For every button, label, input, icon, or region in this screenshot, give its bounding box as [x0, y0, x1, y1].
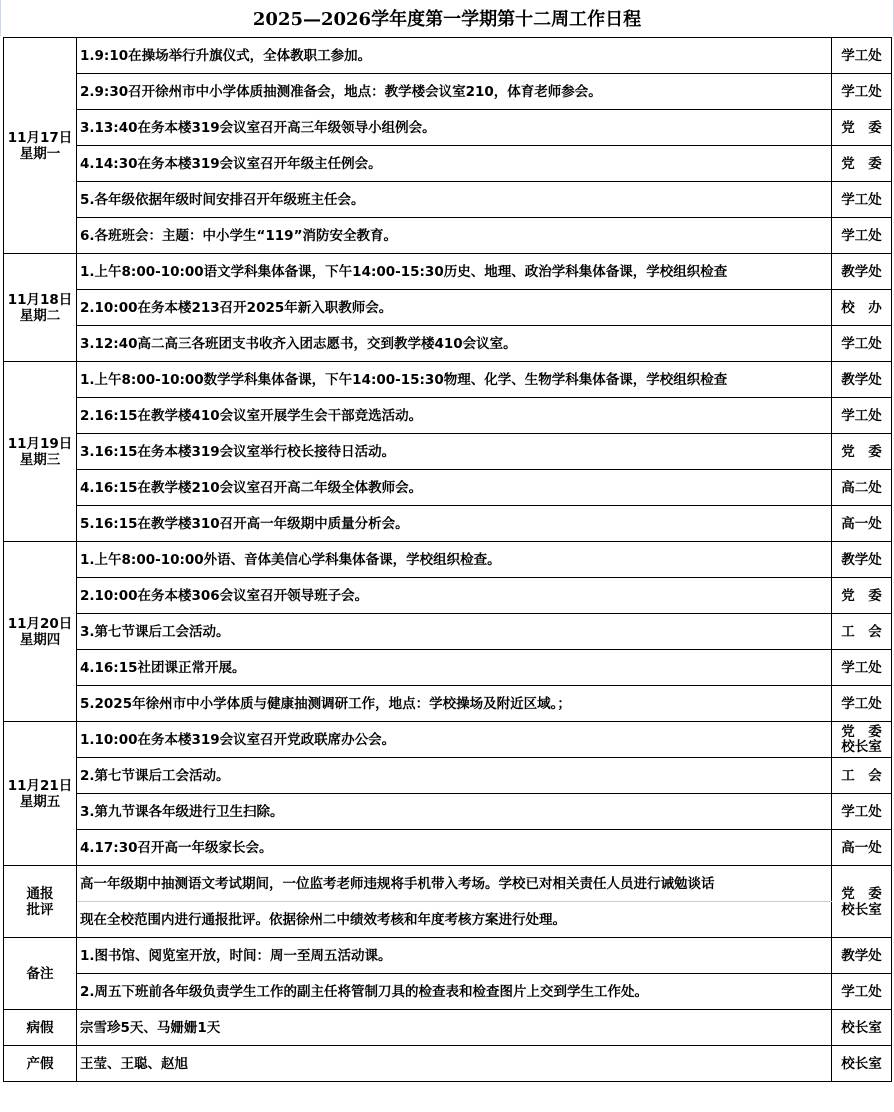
day-date: 11月21日 — [7, 778, 73, 794]
dept-cell: 学工处 — [832, 398, 892, 434]
day-cell-mon: 11月17日 星期一 — [4, 38, 77, 254]
day-date: 11月19日 — [7, 436, 73, 452]
schedule-item: 1.上午8:00-10:00外语、音体美信心学科集体备课，学校组织检查。 — [77, 542, 832, 578]
dept-cell: 学工处 — [832, 974, 892, 1010]
table-row: 2.第七节课后工会活动。 工 会 — [4, 758, 892, 794]
day-weekday: 星期三 — [7, 452, 73, 468]
dept-cell: 教学处 — [832, 542, 892, 578]
dept-cell: 教学处 — [832, 362, 892, 398]
dept-line: 校长室 — [835, 902, 888, 918]
schedule-item: 5.16:15在教学楼310召开高一年级期中质量分析会。 — [77, 506, 832, 542]
schedule-item: 3.13:40在务本楼319会议室召开高三年级领导小组例会。 — [77, 110, 832, 146]
notice-label-cell: 通报 批评 — [4, 866, 77, 938]
dept-cell: 学工处 — [832, 182, 892, 218]
day-weekday: 星期二 — [7, 308, 73, 324]
table-row: 2.周五下班前各年级负责学生工作的副主任将管制刀具的检查表和检查图片上交到学生工… — [4, 974, 892, 1010]
dept-cell: 学工处 — [832, 650, 892, 686]
schedule-item: 5.各年级依据年级时间安排召开年级班主任会。 — [77, 182, 832, 218]
dept-cell: 学工处 — [832, 794, 892, 830]
dept-line: 党 委 — [835, 725, 888, 740]
table-row: 3.第九节课各年级进行卫生扫除。 学工处 — [4, 794, 892, 830]
schedule-item: 4.17:30召开高一年级家长会。 — [77, 830, 832, 866]
dept-line: 校长室 — [835, 740, 888, 755]
day-date: 11月18日 — [7, 292, 73, 308]
day-cell-wed: 11月19日 星期三 — [4, 362, 77, 542]
day-weekday: 星期五 — [7, 794, 73, 810]
dept-cell: 党 委 — [832, 434, 892, 470]
sick-leave-text: 宗雪珍5天、马姗姗1天 — [77, 1010, 832, 1046]
day-cell-thu: 11月20日 星期四 — [4, 542, 77, 722]
table-row: 通报 批评 高一年级期中抽测语文考试期间，一位监考老师违规将手机带入考场。学校已… — [4, 866, 892, 902]
table-row: 11月20日 星期四 1.上午8:00-10:00外语、音体美信心学科集体备课，… — [4, 542, 892, 578]
schedule-item: 2.16:15在教学楼410会议室开展学生会干部竞选活动。 — [77, 398, 832, 434]
notice-text: 现在全校范围内进行通报批评。依据徐州二中绩效考核和年度考核方案进行处理。 — [77, 902, 832, 938]
table-row: 现在全校范围内进行通报批评。依据徐州二中绩效考核和年度考核方案进行处理。 — [4, 902, 892, 938]
dept-cell: 工 会 — [832, 758, 892, 794]
table-row: 6.各班班会：主题：中小学生“119”消防安全教育。 学工处 — [4, 218, 892, 254]
maternity-leave-label: 产假 — [4, 1046, 77, 1082]
schedule-item: 1.10:00在务本楼319会议室召开党政联席办公会。 — [77, 722, 832, 758]
dept-cell: 校长室 — [832, 1010, 892, 1046]
notice-label: 通报 — [7, 886, 73, 902]
dept-cell: 党 委 校长室 — [832, 722, 892, 758]
table-row: 5.16:15在教学楼310召开高一年级期中质量分析会。 高一处 — [4, 506, 892, 542]
dept-cell: 高一处 — [832, 506, 892, 542]
schedule-item: 2.第七节课后工会活动。 — [77, 758, 832, 794]
dept-cell: 学工处 — [832, 74, 892, 110]
schedule-item: 4.16:15社团课正常开展。 — [77, 650, 832, 686]
schedule-item: 3.第七节课后工会活动。 — [77, 614, 832, 650]
remarks-label: 备注 — [4, 938, 77, 1010]
dept-cell: 高二处 — [832, 470, 892, 506]
table-row: 11月18日 星期二 1.上午8:00-10:00语文学科集体备课，下午14:0… — [4, 254, 892, 290]
dept-cell: 校 办 — [832, 290, 892, 326]
dept-cell: 高一处 — [832, 830, 892, 866]
dept-cell: 学工处 — [832, 326, 892, 362]
schedule-item: 2.10:00在务本楼213召开2025年新入职教师会。 — [77, 290, 832, 326]
table-row: 2.16:15在教学楼410会议室开展学生会干部竞选活动。 学工处 — [4, 398, 892, 434]
table-row: 3.12:40高二高三各班团支书收齐入团志愿书，交到教学楼410会议室。 学工处 — [4, 326, 892, 362]
schedule-item: 5.2025年徐州市中小学体质与健康抽测调研工作，地点：学校操场及附近区域。； — [77, 686, 832, 722]
schedule-item: 1.上午8:00-10:00数学学科集体备课，下午14:00-15:30物理、化… — [77, 362, 832, 398]
table-row: 2.10:00在务本楼306会议室召开领导班子会。 党 委 — [4, 578, 892, 614]
day-weekday: 星期一 — [7, 146, 73, 162]
schedule-item: 1.9:10在操场举行升旗仪式，全体教职工参加。 — [77, 38, 832, 74]
notice-label: 批评 — [7, 902, 73, 918]
table-row: 11月21日 星期五 1.10:00在务本楼319会议室召开党政联席办公会。 党… — [4, 722, 892, 758]
page-title: 2025—2026学年度第一学期第十二周工作日程 — [0, 0, 894, 36]
sick-leave-label: 病假 — [4, 1010, 77, 1046]
table-row: 4.14:30在务本楼319会议室召开年级主任例会。 党 委 — [4, 146, 892, 182]
table-row: 2.9:30召开徐州市中小学体质抽测准备会，地点：教学楼会议室210，体育老师参… — [4, 74, 892, 110]
day-cell-fri: 11月21日 星期五 — [4, 722, 77, 866]
table-row: 4.16:15在教学楼210会议室召开高二年级全体教师会。 高二处 — [4, 470, 892, 506]
schedule-item: 4.14:30在务本楼319会议室召开年级主任例会。 — [77, 146, 832, 182]
dept-cell: 党 委 校长室 — [832, 866, 892, 938]
schedule-item: 3.16:15在务本楼319会议室举行校长接待日活动。 — [77, 434, 832, 470]
table-row: 5.各年级依据年级时间安排召开年级班主任会。 学工处 — [4, 182, 892, 218]
schedule-item: 3.第九节课各年级进行卫生扫除。 — [77, 794, 832, 830]
maternity-leave-text: 王莹、王聪、赵旭 — [77, 1046, 832, 1082]
dept-cell: 党 委 — [832, 110, 892, 146]
schedule-item: 4.16:15在教学楼210会议室召开高二年级全体教师会。 — [77, 470, 832, 506]
schedule-item: 2.10:00在务本楼306会议室召开领导班子会。 — [77, 578, 832, 614]
dept-cell: 校长室 — [832, 1046, 892, 1082]
dept-cell: 学工处 — [832, 38, 892, 74]
day-date: 11月17日 — [7, 130, 73, 146]
remark-item: 1.图书馆、阅览室开放，时间：周一至周五活动课。 — [77, 938, 832, 974]
dept-cell: 党 委 — [832, 146, 892, 182]
table-row: 3.第七节课后工会活动。 工 会 — [4, 614, 892, 650]
table-row: 病假 宗雪珍5天、马姗姗1天 校长室 — [4, 1010, 892, 1046]
dept-cell: 教学处 — [832, 938, 892, 974]
day-weekday: 星期四 — [7, 632, 73, 648]
dept-cell: 学工处 — [832, 218, 892, 254]
dept-line: 党 委 — [835, 886, 888, 902]
table-row: 备注 1.图书馆、阅览室开放，时间：周一至周五活动课。 教学处 — [4, 938, 892, 974]
table-row: 4.16:15社团课正常开展。 学工处 — [4, 650, 892, 686]
table-row: 3.16:15在务本楼319会议室举行校长接待日活动。 党 委 — [4, 434, 892, 470]
schedule-item: 2.9:30召开徐州市中小学体质抽测准备会，地点：教学楼会议室210，体育老师参… — [77, 74, 832, 110]
table-row: 11月19日 星期三 1.上午8:00-10:00数学学科集体备课，下午14:0… — [4, 362, 892, 398]
table-row: 3.13:40在务本楼319会议室召开高三年级领导小组例会。 党 委 — [4, 110, 892, 146]
dept-cell: 学工处 — [832, 686, 892, 722]
table-row: 2.10:00在务本楼213召开2025年新入职教师会。 校 办 — [4, 290, 892, 326]
schedule-item: 6.各班班会：主题：中小学生“119”消防安全教育。 — [77, 218, 832, 254]
dept-cell: 教学处 — [832, 254, 892, 290]
notice-text: 高一年级期中抽测语文考试期间，一位监考老师违规将手机带入考场。学校已对相关责任人… — [77, 866, 832, 902]
table-row: 产假 王莹、王聪、赵旭 校长室 — [4, 1046, 892, 1082]
table-row: 11月17日 星期一 1.9:10在操场举行升旗仪式，全体教职工参加。 学工处 — [4, 38, 892, 74]
dept-cell: 党 委 — [832, 578, 892, 614]
remark-item: 2.周五下班前各年级负责学生工作的副主任将管制刀具的检查表和检查图片上交到学生工… — [77, 974, 832, 1010]
schedule-item: 3.12:40高二高三各班团支书收齐入团志愿书，交到教学楼410会议室。 — [77, 326, 832, 362]
dept-cell: 工 会 — [832, 614, 892, 650]
day-cell-tue: 11月18日 星期二 — [4, 254, 77, 362]
table-row: 4.17:30召开高一年级家长会。 高一处 — [4, 830, 892, 866]
schedule-table: 11月17日 星期一 1.9:10在操场举行升旗仪式，全体教职工参加。 学工处 … — [3, 37, 892, 1082]
day-date: 11月20日 — [7, 616, 73, 632]
table-row: 5.2025年徐州市中小学体质与健康抽测调研工作，地点：学校操场及附近区域。； … — [4, 686, 892, 722]
schedule-item: 1.上午8:00-10:00语文学科集体备课，下午14:00-15:30历史、地… — [77, 254, 832, 290]
schedule-sheet: 2025—2026学年度第一学期第十二周工作日程 11月17日 星期一 1.9:… — [0, 0, 894, 1112]
